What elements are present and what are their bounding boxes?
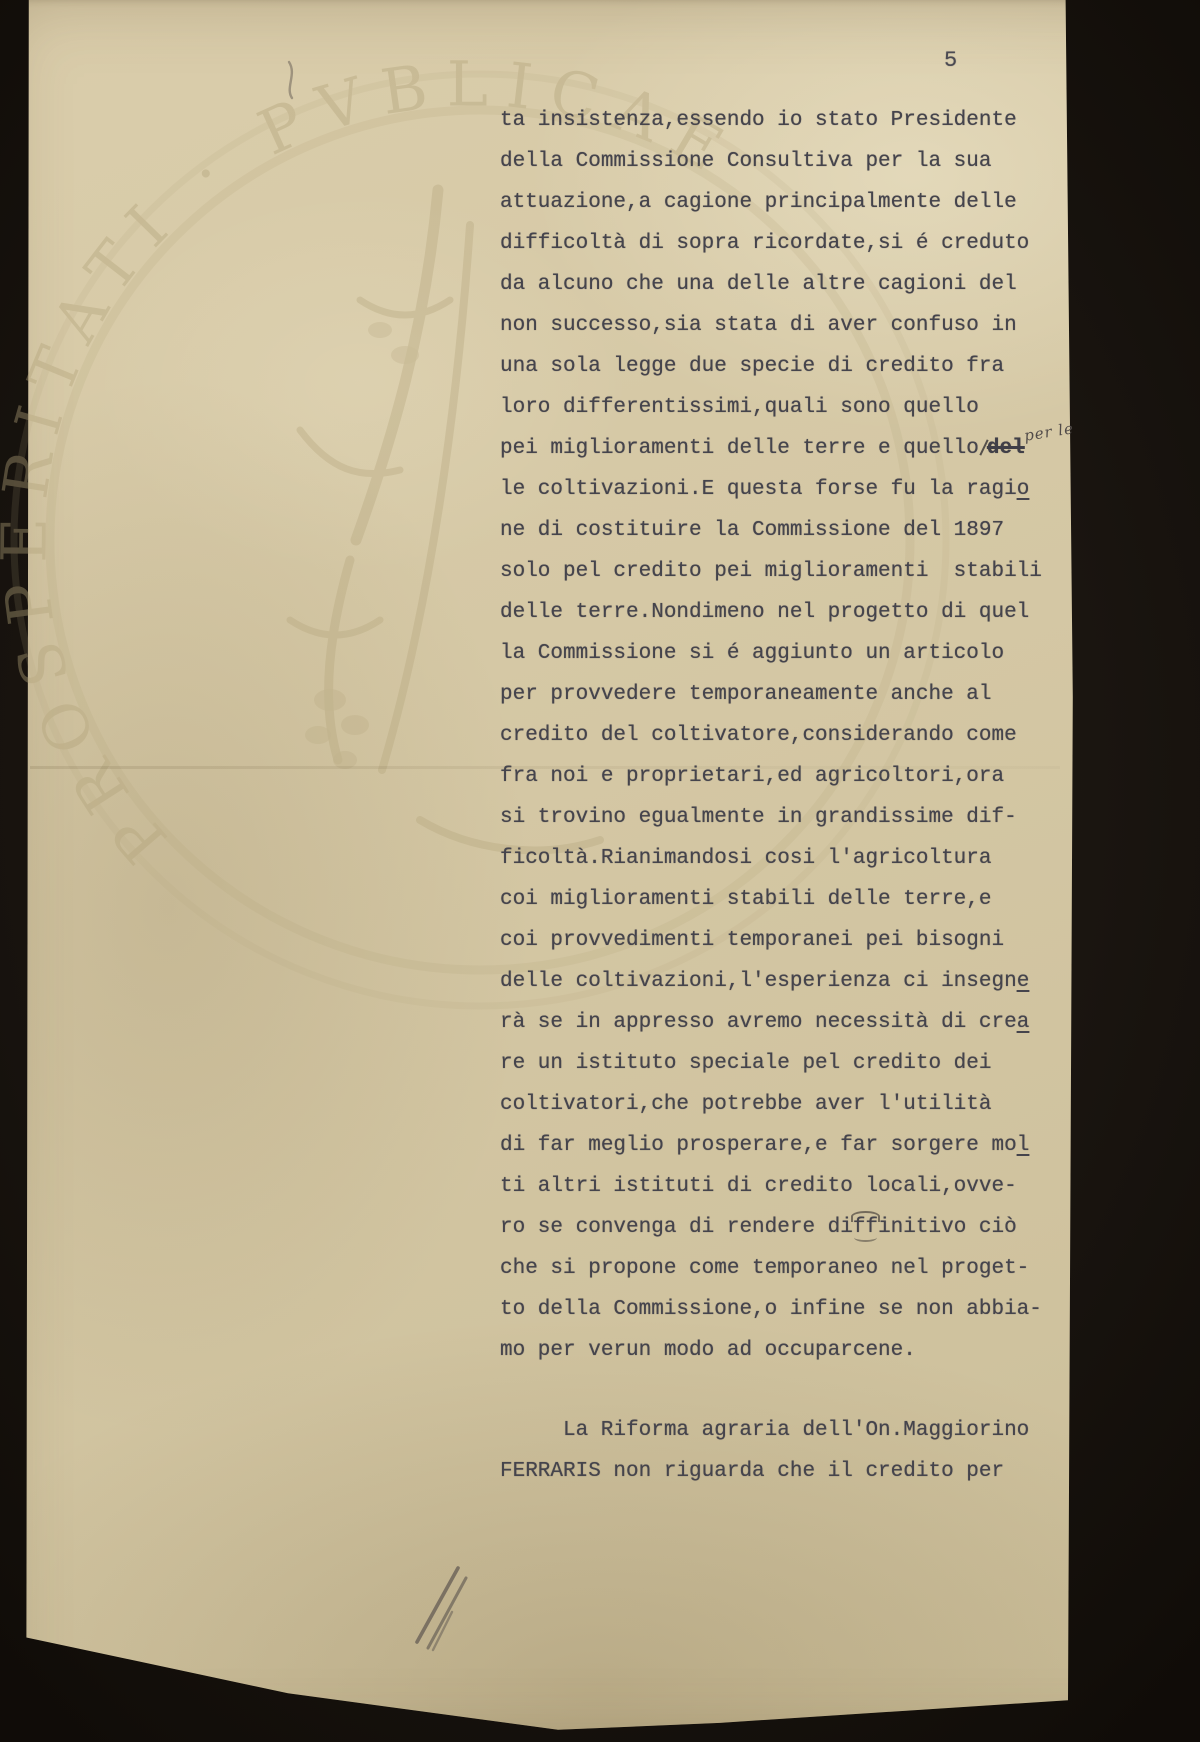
typewritten-line: ne di costituire la Commissione del 1897 (500, 510, 1075, 551)
typewritten-line: solo pel credito pei miglioramenti stabi… (500, 551, 1075, 592)
typewritten-line: ti altri istituti di credito locali,ovve… (500, 1166, 1075, 1207)
typewritten-line: ficoltà.Rianimandosi cosi l'agricoltura (500, 838, 1075, 879)
struck-word: del (987, 437, 1025, 460)
typewritten-line: difficoltà di sopra ricordate,si é credu… (500, 223, 1075, 264)
typewritten-line: loro differentissimi,quali sono quello (500, 387, 1075, 428)
typewritten-line: La Riforma agraria dell'On.Maggiorino (500, 1410, 1075, 1451)
typewritten-text: ta insistenza,essendo io stato President… (500, 100, 1075, 1492)
scan-background: PROSPERITATI · PVBLICAE (0, 0, 1200, 1742)
typewritten-line: attuazione,a cagione principalmente dell… (500, 182, 1075, 223)
typewritten-line: mo per verun modo ad occuparcene. (500, 1330, 1075, 1371)
typewritten-line: to della Commissione,o infine se non abb… (500, 1289, 1075, 1330)
typewritten-line: delle terre.Nondimeno nel progetto di qu… (500, 592, 1075, 633)
typewritten-line: che si propone come temporaneo nel proge… (500, 1248, 1075, 1289)
page-number: 5 (944, 48, 957, 73)
typewritten-line: si trovino egualmente in grandissime dif… (500, 797, 1075, 838)
typewritten-line: FERRARIS non riguarda che il credito per (500, 1451, 1075, 1492)
typewritten-line: fra noi e proprietari,ed agricoltori,ora (500, 756, 1075, 797)
typewritten-line: ta insistenza,essendo io stato President… (500, 100, 1075, 141)
typewritten-line: per provvedere temporaneamente anche al (500, 674, 1075, 715)
typewritten-line: di far meglio prosperare,e far sorgere m… (500, 1125, 1075, 1166)
typewritten-line: della Commissione Consultiva per la sua (500, 141, 1075, 182)
typewritten-line: delle coltivazioni,l'esperienza ci inseg… (500, 961, 1075, 1002)
typewritten-line: ro se convenga di rendere diffinitivo ci… (500, 1207, 1075, 1248)
typewritten-line: le coltivazioni.E questa forse fu la rag… (500, 469, 1075, 510)
typewritten-line: coi miglioramenti stabili delle terre,e (500, 879, 1075, 920)
typewritten-line: re un istituto speciale pel credito dei (500, 1043, 1075, 1084)
typewritten-line: una sola legge due specie di credito fra (500, 346, 1075, 387)
correction-arc: ff (853, 1216, 878, 1239)
typewritten-line: coltivatori,che potrebbe aver l'utilità (500, 1084, 1075, 1125)
typewritten-line: pei miglioramenti delle terre e quellode… (500, 428, 1075, 469)
typewritten-line: rà se in appresso avremo necessità di cr… (500, 1002, 1075, 1043)
typewritten-line: coi provvedimenti temporanei pei bisogni (500, 920, 1075, 961)
typewritten-line: credito del coltivatore,considerando com… (500, 715, 1075, 756)
handwritten-insertion: per le (1021, 408, 1077, 456)
typewritten-line: non successo,sia stata di aver confuso i… (500, 305, 1075, 346)
typewritten-line: la Commissione si é aggiunto un articolo (500, 633, 1075, 674)
typewritten-line: da alcuno che una delle altre cagioni de… (500, 264, 1075, 305)
